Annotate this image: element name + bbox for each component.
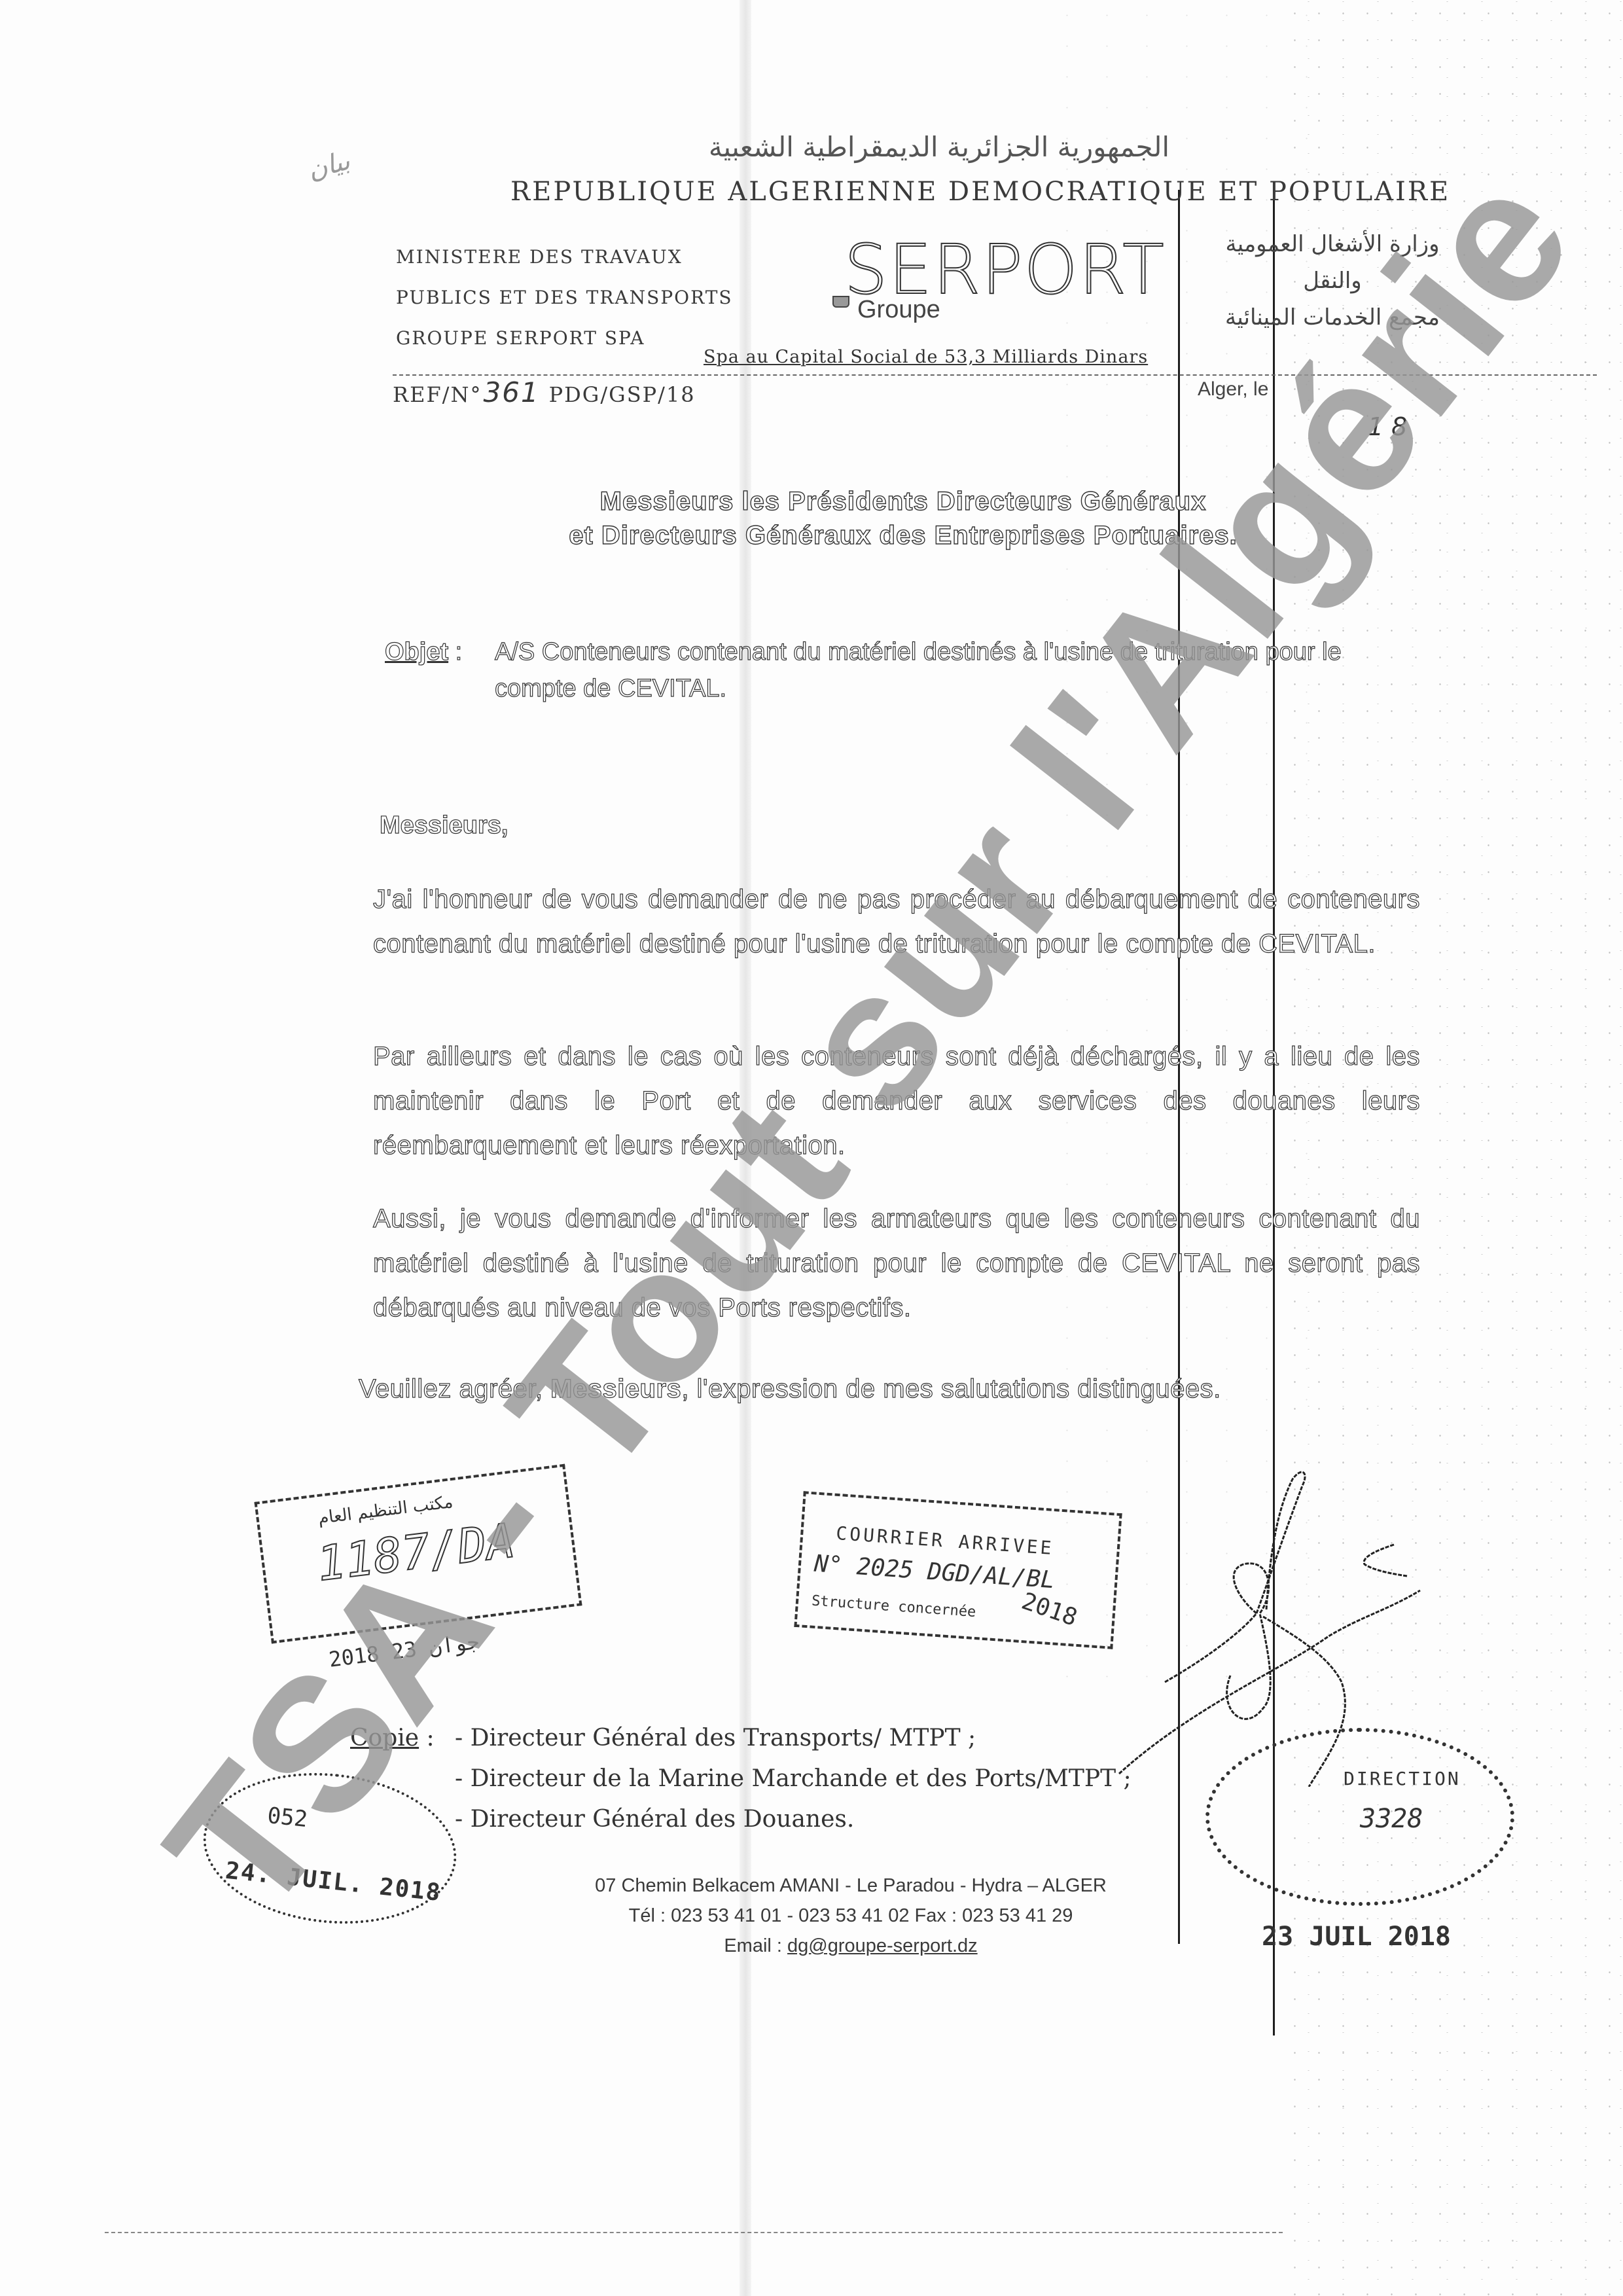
footer-phone: Tél : 023 53 41 01 - 023 53 41 02 Fax : … xyxy=(524,1901,1178,1931)
place-date: Alger, le xyxy=(1198,378,1268,401)
copy-recipients: Copie : - Directeur Général des Transpor… xyxy=(350,1718,435,1759)
body-paragraph: Aussi, je vous demande d'informer les ar… xyxy=(373,1196,1420,1330)
arabic-republic-title: الجمهورية الجزائرية الديمقراطية الشعبية xyxy=(628,131,1250,163)
copy-recipient: - Directeur Général des Transports/ MTPT… xyxy=(455,1718,1132,1759)
addressee: Messieurs les Présidents Directeurs Géné… xyxy=(510,484,1296,552)
capital-line: Spa au Capital Social de 53,3 Milliards … xyxy=(704,347,1148,367)
addressee-line: et Directeurs Généraux des Entreprises P… xyxy=(510,518,1296,552)
logo-brand: SERPORT xyxy=(844,236,1166,304)
ministry-block: MINISTERE DES TRAVAUX PUBLICS ET DES TRA… xyxy=(396,237,733,359)
footer-address: 07 Chemin Belkacem AMANI - Le Paradou - … xyxy=(524,1871,1178,1901)
body-paragraph: J'ai l'honneur de vous demander de ne pa… xyxy=(373,877,1420,966)
serport-logo: SERPORT Groupe xyxy=(844,236,1166,304)
scanned-letter: بيان الجمهورية الجزائرية الديمقراطية الش… xyxy=(0,0,1623,2296)
logo-subtitle: Groupe xyxy=(857,296,940,324)
copy-label: Copie xyxy=(350,1725,419,1751)
footer-email: dg@groupe-serport.dz xyxy=(787,1935,978,1956)
stamp-date: 23 JUIL 2018 xyxy=(1262,1922,1451,1952)
subject-label: Objet xyxy=(385,638,448,666)
stamp-title: DIRECTION xyxy=(1344,1768,1461,1789)
copy-recipient: - Directeur Général des Douanes. xyxy=(455,1799,1132,1840)
closing-text: Veuillez agréer, xyxy=(359,1374,550,1403)
reference: REF/N°361PDG/GSP/18 xyxy=(393,376,696,408)
body-paragraph: Par ailleurs et dans le cas où les conte… xyxy=(373,1034,1420,1168)
handwritten-note: بيان xyxy=(304,145,353,185)
stamp-number: 3328 xyxy=(1360,1804,1423,1834)
closing-formula: Veuillez agréer, Messieurs, l'expression… xyxy=(359,1374,1221,1404)
reception-stamp: 052 24. JUIL. 2018 xyxy=(196,1761,464,1935)
stamp-number: 052 xyxy=(266,1803,309,1833)
stamp-date: 2018 جوان 23 xyxy=(327,1629,480,1672)
footer-contact: 07 Chemin Belkacem AMANI - Le Paradou - … xyxy=(524,1871,1178,1961)
footer-email-label: Email : xyxy=(724,1935,787,1956)
courrier-arrivee-stamp: COURRIER ARRIVEE N° 2025 DGD/AL/BL Struc… xyxy=(794,1491,1122,1649)
republic-title: REPUBLIQUE ALGERIENNE DEMOCRATIQUE ET PO… xyxy=(510,177,1450,207)
header-divider xyxy=(393,374,1597,376)
ministry-arabic-block: وزارة الأشغال العمومية والنقل مجمع الخدم… xyxy=(1225,226,1440,336)
addressee-line: Messieurs les Présidents Directeurs Géné… xyxy=(510,484,1296,518)
closing-text: , l'expression de mes salutations distin… xyxy=(681,1374,1221,1403)
stamp-structure: Structure concernée xyxy=(811,1593,976,1621)
ministry-line: PUBLICS ET DES TRANSPORTS xyxy=(396,278,733,318)
logo-hat-icon xyxy=(832,296,849,308)
ministry-line: MINISTERE DES TRAVAUX xyxy=(396,237,733,278)
subject: Objet : A/S Conteneurs contenant du maté… xyxy=(385,634,1399,670)
ref-prefix: REF/N° xyxy=(393,382,482,407)
ministry-arabic-line: والنقل xyxy=(1225,262,1440,299)
scan-artifact-line xyxy=(105,2232,1283,2233)
ministry-line: GROUPE SERPORT SPA xyxy=(396,318,733,359)
stamp-date: 24. JUIL. 2018 xyxy=(224,1857,442,1907)
stamp-number: N° 2025 DGD/AL/BL xyxy=(813,1551,1056,1594)
closing-bold: Messieurs xyxy=(550,1374,681,1403)
ministry-arabic-line: وزارة الأشغال العمومية xyxy=(1225,226,1440,262)
copy-recipient: - Directeur de la Marine Marchande et de… xyxy=(455,1759,1132,1799)
ref-number: 361 xyxy=(483,376,539,408)
ministry-arabic-line: مجمع الخدمات المينائية xyxy=(1225,299,1440,336)
ref-suffix: PDG/GSP/18 xyxy=(549,382,696,407)
direction-stamp: DIRECTION 3328 23 JUIL 2018 xyxy=(1205,1728,1514,1906)
handwritten-date: 18 xyxy=(1368,412,1415,441)
registry-stamp: مكتب التنظيم العام 1187/DA 2018 جوان 23 xyxy=(254,1464,582,1644)
subject-text: A/S Conteneurs contenant du matériel des… xyxy=(495,634,1398,707)
salutation: Messieurs, xyxy=(380,812,508,840)
stamp-year: 2018 xyxy=(1018,1588,1080,1632)
